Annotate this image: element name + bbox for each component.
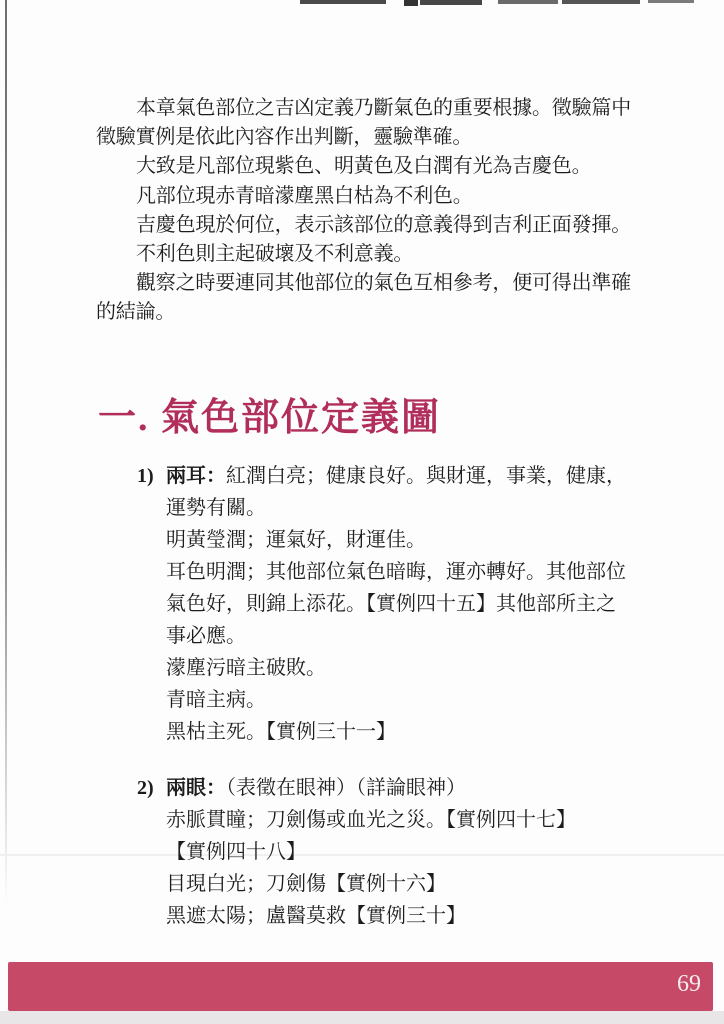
- body-text-line: 吉慶色現於何位，表示該部位的意義得到吉利正面發揮。: [96, 211, 656, 240]
- scan-top-fragment: [420, 0, 482, 5]
- body-text-line: 觀察之時要連同其他部位的氣色互相參考，便可得出準確: [96, 269, 656, 298]
- list-line: 運勢有關。: [137, 492, 677, 524]
- list-line: 青暗主病。: [137, 684, 677, 716]
- body-text-line: 凡部位現赤青暗濛塵黑白枯為不利色。: [96, 182, 656, 211]
- list-text: 紅潤白亮；健康良好。與財運，事業，健康，: [226, 465, 626, 487]
- scan-top-fragment: [404, 0, 418, 6]
- list-line: 氣色好，則錦上添花。【實例四十五】其他部所主之: [137, 588, 677, 620]
- section-heading: 一. 氣色部位定義圖: [98, 386, 441, 441]
- scan-edge-line: [5, 0, 7, 905]
- body-text-line: 不利色則主起破壞及不利意義。: [96, 240, 656, 269]
- footer-band: 69: [8, 962, 713, 1011]
- list-line: 明黃瑩潤；運氣好，財運佳。: [137, 524, 677, 556]
- list-line: 耳色明潤；其他部位氣色暗晦，運亦轉好。其他部位: [137, 556, 677, 588]
- scanned-page: 本章氣色部位之吉凶定義乃斷氣色的重要根據。徵驗篇中 徵驗實例是依此內容作出判斷，…: [0, 0, 724, 1024]
- list-item-eyes: 2)兩眼：（表徵在眼神）（詳論眼神） 赤脈貫瞳；刀劍傷或血光之災。【實例四十七】…: [137, 772, 677, 932]
- list-item-first-line: 1)兩耳：紅潤白亮；健康良好。與財運，事業，健康，: [137, 460, 677, 492]
- list-item-first-line: 2)兩眼：（表徵在眼神）（詳論眼神）: [137, 772, 677, 804]
- body-text-line: 本章氣色部位之吉凶定義乃斷氣色的重要根據。徵驗篇中: [96, 94, 656, 123]
- scan-top-fragment: [498, 0, 558, 4]
- body-text-line: 的結論。: [96, 298, 656, 327]
- list-term: 兩眼：: [166, 777, 226, 799]
- list-line: 事必應。: [137, 620, 677, 652]
- scan-bottom-margin: [0, 1011, 724, 1024]
- scan-top-fragment: [562, 0, 640, 4]
- list-line: 【實例四十八】: [137, 836, 677, 868]
- body-text-line: 大致是凡部位現紫色、明黃色及白潤有光為吉慶色。: [96, 152, 656, 181]
- scan-top-fragment: [300, 0, 386, 4]
- list-text: （表徵在眼神）（詳論眼神）: [226, 777, 466, 799]
- body-text-line: 徵驗實例是依此內容作出判斷，靈驗準確。: [96, 123, 656, 152]
- list-number: 2): [137, 772, 166, 804]
- scan-top-fragment: [648, 0, 694, 3]
- list-term: 兩耳：: [166, 465, 226, 487]
- list-line: 黑遮太陽；盧醫莫救【實例三十】: [137, 900, 677, 932]
- list-item-ears: 1)兩耳：紅潤白亮；健康良好。與財運，事業，健康， 運勢有關。 明黃瑩潤；運氣好…: [137, 460, 677, 748]
- list-line: 目現白光；刀劍傷【實例十六】: [137, 868, 677, 900]
- list-line: 黑枯主死。【實例三十一】: [137, 716, 677, 748]
- intro-paragraphs: 本章氣色部位之吉凶定義乃斷氣色的重要根據。徵驗篇中 徵驗實例是依此內容作出判斷，…: [96, 94, 656, 328]
- list-line: 濛塵污暗主破敗。: [137, 652, 677, 684]
- list-number: 1): [137, 460, 166, 492]
- page-number: 69: [677, 971, 701, 998]
- list-line: 赤脈貫瞳；刀劍傷或血光之災。【實例四十七】: [137, 804, 677, 836]
